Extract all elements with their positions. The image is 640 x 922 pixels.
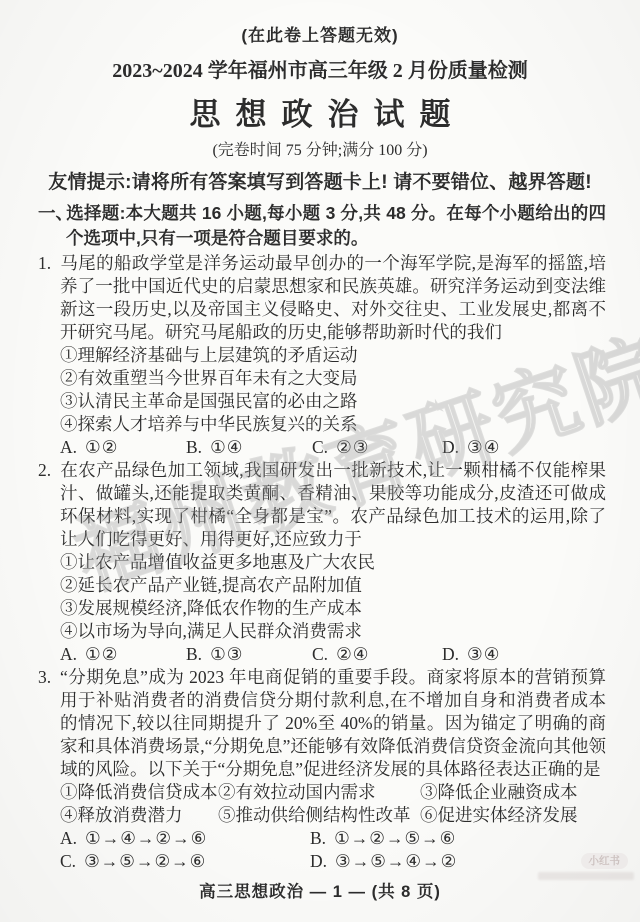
friendly-reminder: 友情提示:请将所有答案填写到答题卡上! 请不要错位、越界答题! bbox=[0, 171, 640, 194]
option-item: ③认清民主革命是国强民富的必由之路 bbox=[60, 390, 606, 413]
choice-c: C.②③ bbox=[312, 436, 442, 459]
question-number: 1. bbox=[38, 252, 60, 275]
question-options: ①降低消费信贷成本 ②有效拉动国内需求 ③降低企业融资成本 ④释放消费潜力 ⑤推… bbox=[38, 781, 606, 827]
paper-body: 一、选择题:本大题共 16 小题,每小题 3 分,共 48 分。在每个小题给出的… bbox=[38, 201, 606, 873]
question-stem-text: “分期免息”成为 2023 年电商促销的重要手段。商家将原本的营销预算用于补贴消… bbox=[60, 667, 606, 779]
option-item: ⑤推动供给侧结构性改革 bbox=[218, 804, 420, 827]
answer-choices: A.①② B.①④ C.②③ D.③④ bbox=[38, 436, 606, 459]
question-stem-text: 在农产品绿色加工领域,我国研发出一批新技术,让一颗柑橘不仅能榨果汁、做罐头,还能… bbox=[60, 460, 606, 549]
time-score-line: (完卷时间 75 分钟;满分 100 分) bbox=[0, 141, 640, 161]
choice-a: A.①② bbox=[60, 643, 186, 666]
option-item: ①让农产品增值收益更多地惠及广大农民 bbox=[60, 551, 606, 574]
question-stem: 2.在农产品绿色加工领域,我国研发出一批新技术,让一颗柑橘不仅能榨果汁、做罐头,… bbox=[38, 459, 606, 551]
choice-d: D.③④ bbox=[442, 643, 500, 666]
choice-a: A.①→④→②→⑥ bbox=[60, 827, 310, 850]
question-number: 2. bbox=[38, 459, 60, 482]
choice-d: D.③→⑤→④→② bbox=[310, 850, 457, 873]
option-item: ④探索人才培养与中华民族复兴的关系 bbox=[60, 413, 606, 436]
choice-a: A.①② bbox=[60, 436, 186, 459]
question-stem: 1.马尾的船政学堂是洋务运动最早创办的一个海军学院,是海军的摇篮,培养了一批中国… bbox=[38, 252, 606, 344]
xiaohongshu-watermark-badge: 小红书 bbox=[581, 853, 629, 869]
option-item: ②有效重塑当今世界百年未有之大变局 bbox=[60, 367, 606, 390]
option-item: ①理解经济基础与上层建筑的矛盾运动 bbox=[60, 344, 606, 367]
option-item: ②有效拉动国内需求 bbox=[218, 781, 420, 804]
option-item: ②延长农产品产业链,提高农产品附加值 bbox=[60, 574, 606, 597]
question-options: ①让农产品增值收益更多地惠及广大农民 ②延长农产品产业链,提高农产品附加值 ③发… bbox=[38, 551, 606, 643]
option-item: ③降低企业融资成本 bbox=[420, 781, 606, 804]
exam-session-line: 2023~2024 学年福州市高三年级 2 月份质量检测 bbox=[0, 59, 640, 83]
section-number: 一、 bbox=[38, 201, 66, 226]
answer-choices: A.①② B.①③ C.②④ D.③④ bbox=[38, 643, 606, 666]
question-stem: 3.“分期免息”成为 2023 年电商促销的重要手段。商家将原本的营销预算用于补… bbox=[38, 666, 606, 781]
choice-b: B.①④ bbox=[186, 436, 312, 459]
choice-c: C.②④ bbox=[312, 643, 442, 666]
question-1: 1.马尾的船政学堂是洋务运动最早创办的一个海军学院,是海军的摇篮,培养了一批中国… bbox=[38, 252, 606, 459]
page-footer: 高三思想政治 — 1 — (共 8 页) bbox=[0, 878, 640, 902]
exam-paper-page: 福州教育研究院 (在此卷上答题无效) 2023~2024 学年福州市高三年级 2… bbox=[0, 0, 640, 922]
choice-c: C.③→⑤→②→⑥ bbox=[60, 850, 310, 873]
section-heading: 一、选择题:本大题共 16 小题,每小题 3 分,共 48 分。在每个小题给出的… bbox=[38, 201, 606, 250]
question-options: ①理解经济基础与上层建筑的矛盾运动 ②有效重塑当今世界百年未有之大变局 ③认清民… bbox=[38, 344, 606, 436]
question-3: 3.“分期免息”成为 2023 年电商促销的重要手段。商家将原本的营销预算用于补… bbox=[38, 666, 606, 873]
blurred-watermark-line bbox=[538, 872, 634, 880]
choice-b: B.①→②→⑤→⑥ bbox=[310, 827, 456, 850]
choice-b: B.①③ bbox=[186, 643, 312, 666]
section-heading-text: 选择题:本大题共 16 小题,每小题 3 分,共 48 分。在每个小题给出的四个… bbox=[66, 203, 606, 248]
question-2: 2.在农产品绿色加工领域,我国研发出一批新技术,让一颗柑橘不仅能榨果汁、做罐头,… bbox=[38, 459, 606, 666]
paper-title: 思想政治试题 bbox=[0, 97, 640, 133]
invalid-notice: (在此卷上答题无效) bbox=[0, 26, 640, 46]
answer-choices: A.①→④→②→⑥ B.①→②→⑤→⑥ bbox=[38, 827, 606, 850]
paper-header: (在此卷上答题无效) 2023~2024 学年福州市高三年级 2 月份质量检测 … bbox=[0, 0, 640, 194]
option-item: ④释放消费潜力 bbox=[60, 804, 218, 827]
question-stem-text: 马尾的船政学堂是洋务运动最早创办的一个海军学院,是海军的摇篮,培养了一批中国近代… bbox=[60, 253, 606, 342]
answer-choices: C.③→⑤→②→⑥ D.③→⑤→④→② bbox=[38, 850, 606, 873]
option-item: ⑥促进实体经济发展 bbox=[420, 804, 606, 827]
choice-d: D.③④ bbox=[442, 436, 500, 459]
option-item: ④以市场为导向,满足人民群众消费需求 bbox=[60, 620, 606, 643]
option-item: ③发展规模经济,降低农作物的生产成本 bbox=[60, 597, 606, 620]
question-number: 3. bbox=[38, 666, 60, 689]
option-item: ①降低消费信贷成本 bbox=[60, 781, 218, 804]
